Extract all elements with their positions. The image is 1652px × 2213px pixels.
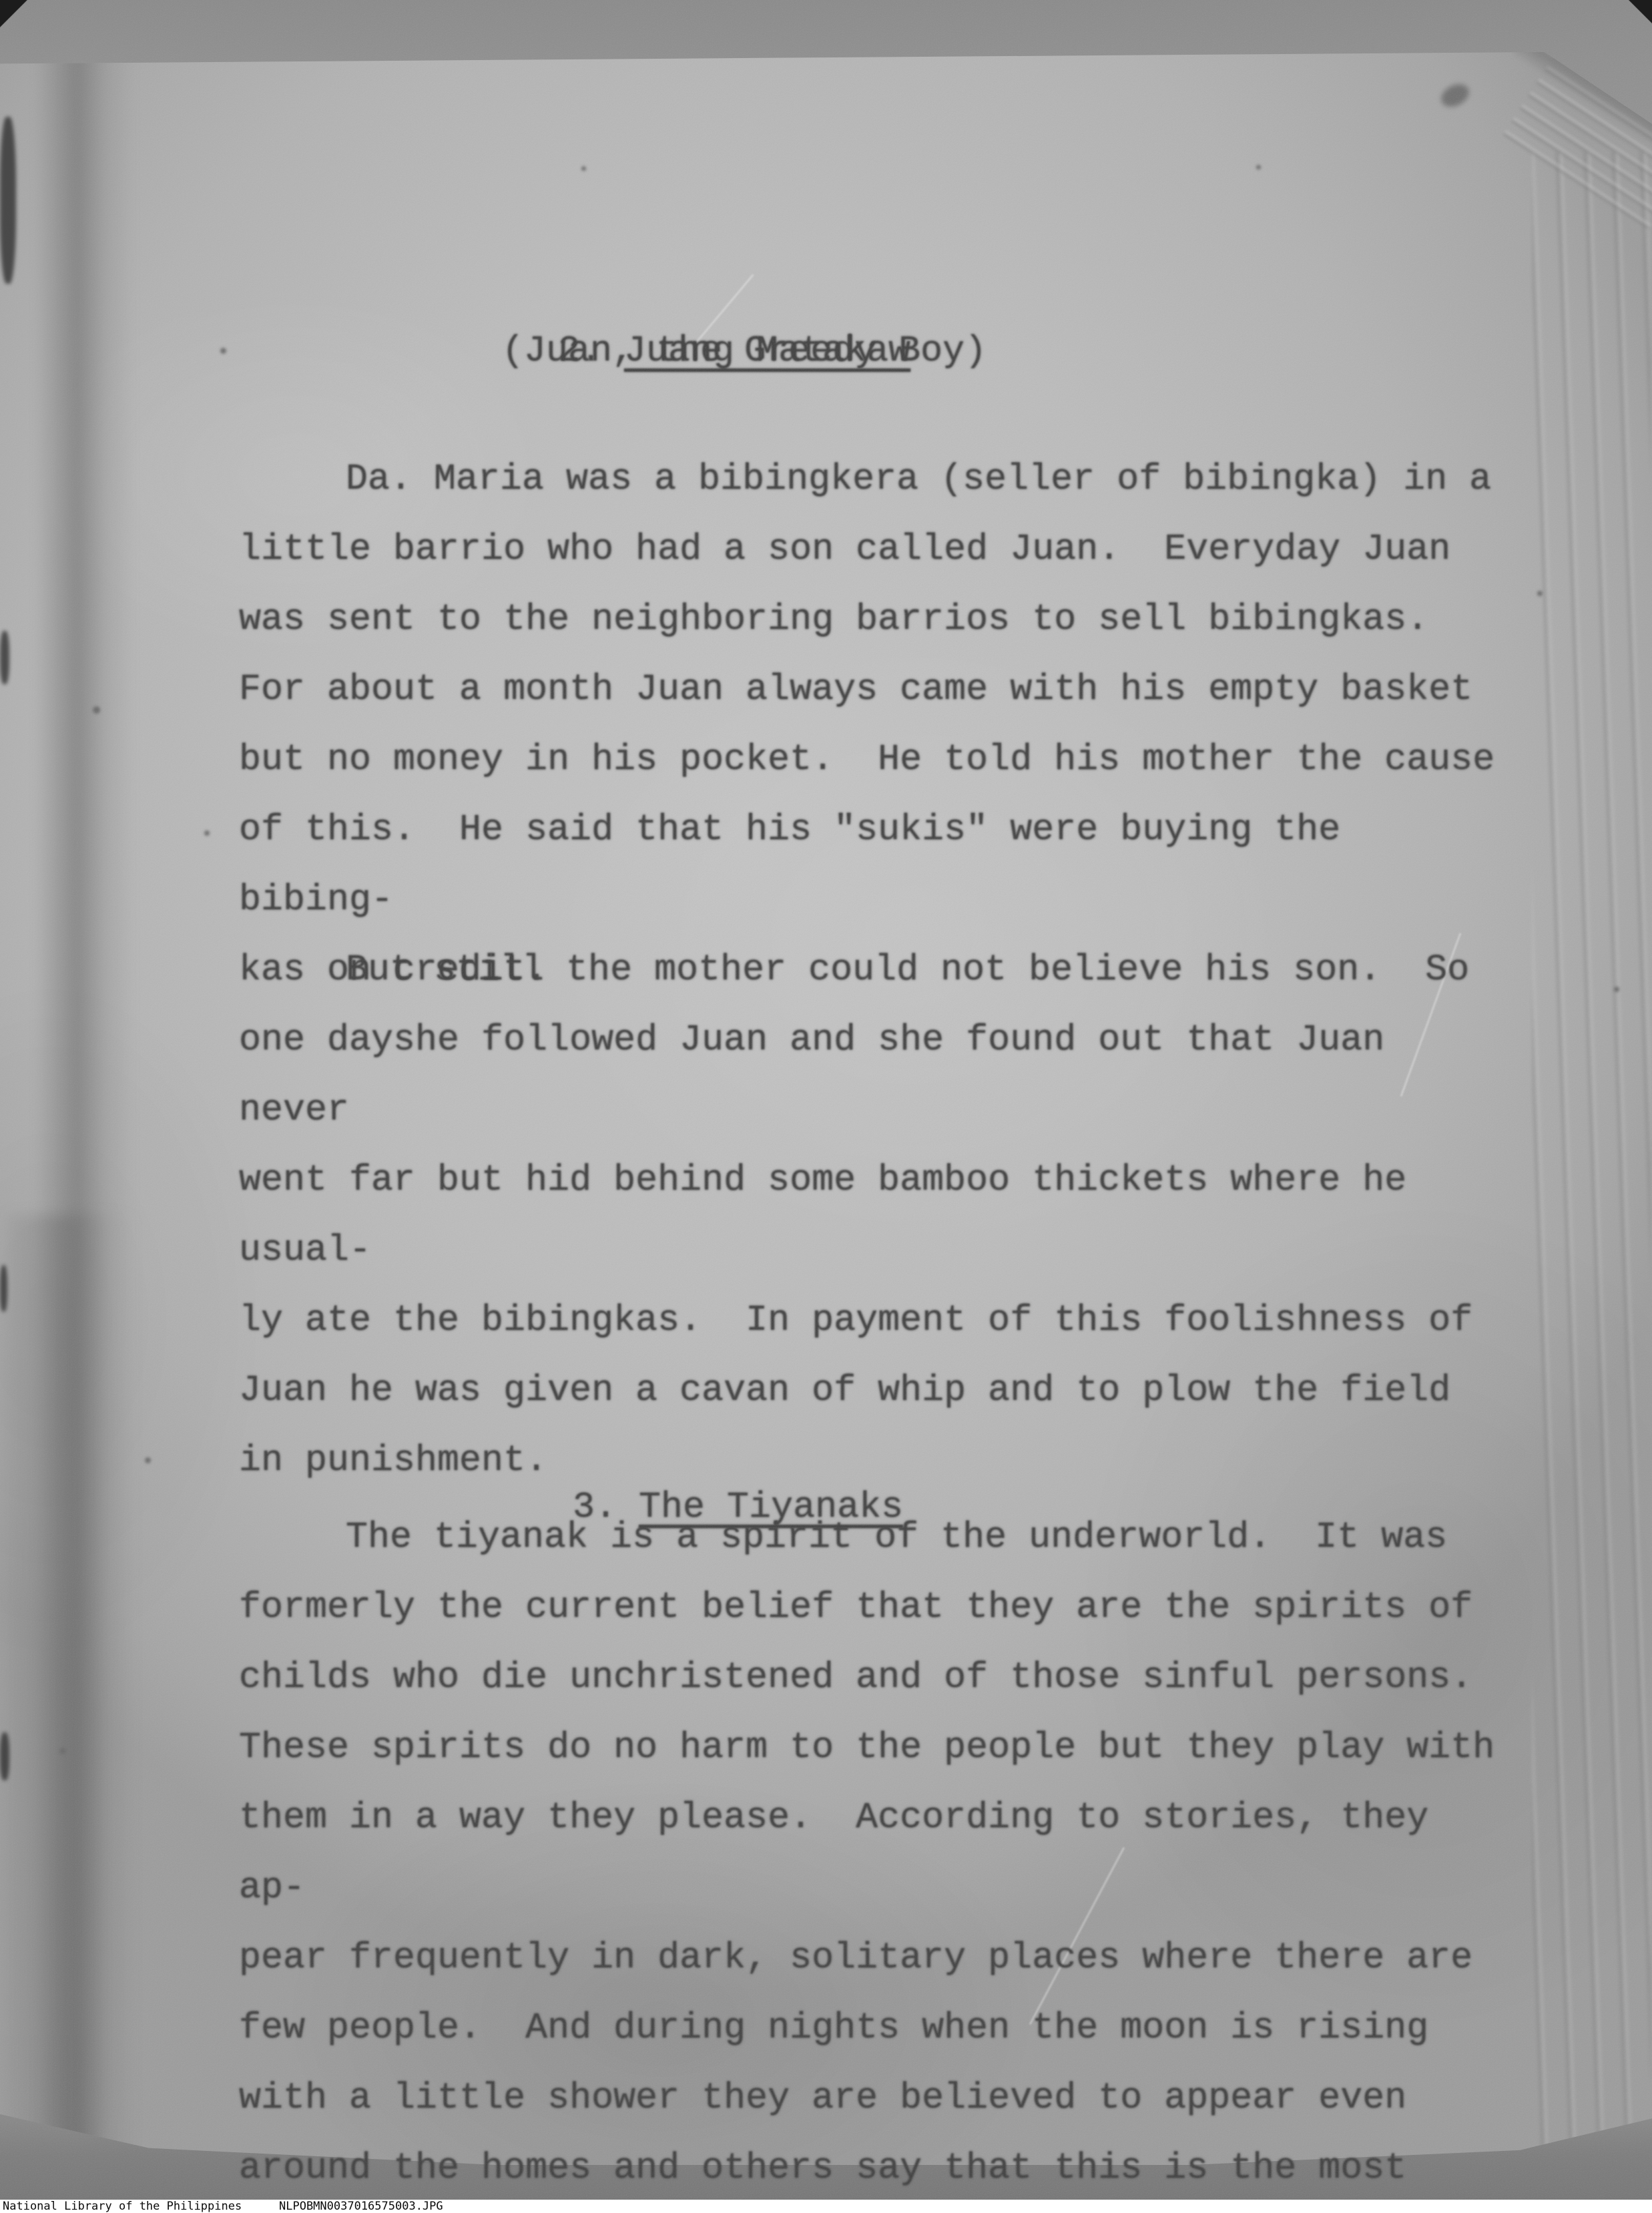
speck (1537, 591, 1543, 596)
photo-corner-mark (1603, 0, 1652, 39)
photo-corner-mark (0, 0, 61, 41)
story-paragraph: Da. Maria was a bibingkera (seller of bi… (239, 444, 1514, 1005)
edge-artifact (0, 117, 16, 284)
story-subtitle: (Juan, the Greedy Boy) (502, 316, 987, 386)
story-paragraph: The tiyanak is a spirit of the underworl… (239, 1502, 1514, 2203)
speck (93, 706, 100, 714)
scan-filename: NLPOBMN0037016575003.JPG (279, 2200, 443, 2213)
speck (59, 1748, 66, 1754)
speck (220, 348, 226, 354)
library-name: National Library of the Philippines (3, 2200, 242, 2213)
speck (1256, 165, 1261, 170)
edge-artifact (0, 1732, 9, 1780)
speck (1614, 987, 1619, 992)
edge-artifact (0, 631, 9, 684)
speck (581, 166, 586, 171)
edge-artifact (0, 1265, 7, 1312)
speck (145, 1457, 151, 1463)
library-footer-bar: National Library of the Philippines NLPO… (0, 2200, 1652, 2213)
page-stack-edges (1532, 152, 1651, 2162)
book-gutter-shadow-lower (5, 1214, 139, 2165)
speck (204, 830, 210, 836)
